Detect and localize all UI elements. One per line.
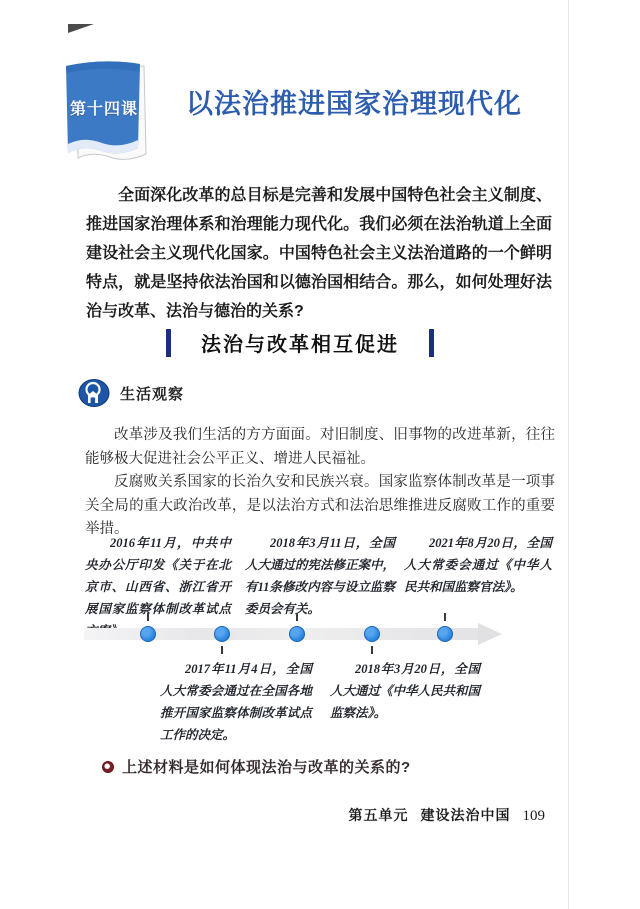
footer-unit-title: 建设法治中国 bbox=[421, 805, 511, 825]
timeline-dot bbox=[437, 626, 453, 642]
timeline-item: 2016年11月，中共中央办公厅印发《关于在北京市、山西省、浙江省开展国家监察体… bbox=[85, 532, 231, 642]
timeline-item: 2018年3月20日，全国人大通过《中华人民共和国监察法》。 bbox=[330, 658, 480, 724]
page-edge-line bbox=[568, 0, 569, 909]
observe-magnifier-icon bbox=[78, 378, 110, 408]
timeline-arrow-head-icon bbox=[478, 623, 502, 645]
page-title: 以法治推进国家治理现代化 bbox=[186, 82, 556, 121]
timeline-item: 2021年8月20日，全国人大常委会通过《中华人民共和国监察官法》。 bbox=[404, 532, 552, 598]
intro-paragraph: 全面深化改革的总目标是完善和发展中国特色社会主义制度、推进国家治理体系和治理能力… bbox=[86, 181, 552, 326]
textbook-page: 第十四课 以法治推进国家治理现代化 全面深化改革的总目标是完善和发展中国特色社会… bbox=[0, 0, 640, 909]
timeline-item: 2018年3月11日，全国人大通过的宪法修正案中，有11条修改内容与设立监察委员… bbox=[245, 532, 395, 620]
activity-paragraphs: 改革涉及我们生活的方方面面。对旧制度、旧事物的改进革新，往往能够极大促进社会公平… bbox=[85, 424, 555, 542]
timeline-dot bbox=[140, 626, 156, 642]
section-header: 法治与改革相互促进 bbox=[0, 328, 600, 357]
timeline-tick bbox=[371, 646, 373, 654]
timeline-item: 2017年11月4日，全国人大常委会通过在全国各地推开国家监察体制改革试点工作的… bbox=[160, 658, 312, 746]
paragraph: 反腐败关系国家的长治久安和民族兴衰。国家监察体制改革是一项事关全局的重大政治改革… bbox=[85, 471, 555, 542]
timeline-tick bbox=[147, 613, 149, 621]
timeline-tick bbox=[296, 613, 298, 621]
scan-corner-artifact bbox=[68, 24, 94, 33]
section-title: 法治与改革相互促进 bbox=[201, 328, 399, 357]
lesson-banner: 第十四课 bbox=[64, 56, 148, 168]
discussion-question: 上述材料是如何体现法治与改革的关系的? bbox=[102, 756, 411, 777]
footer-page-number: 109 bbox=[523, 808, 546, 825]
footer-unit: 第五单元 bbox=[349, 805, 409, 825]
timeline-dot bbox=[214, 626, 230, 642]
lesson-badge: 第十四课 bbox=[68, 96, 140, 119]
question-bullet-icon bbox=[102, 761, 114, 773]
activity-header: 生活观察 bbox=[78, 378, 184, 408]
page-footer: 第五单元 建设法治中国 109 bbox=[0, 805, 545, 825]
timeline-arrow-shaft bbox=[84, 628, 482, 640]
paragraph: 改革涉及我们生活的方方面面。对旧制度、旧事物的改进革新，往往能够极大促进社会公平… bbox=[85, 424, 555, 471]
section-bar-left bbox=[166, 329, 171, 357]
timeline-dot bbox=[364, 626, 380, 642]
section-bar-right bbox=[429, 329, 434, 357]
timeline-axis bbox=[84, 624, 504, 644]
timeline-tick bbox=[444, 613, 446, 621]
timeline-tick bbox=[221, 646, 223, 654]
timeline-dot bbox=[289, 626, 305, 642]
question-text: 上述材料是如何体现法治与改革的关系的? bbox=[122, 756, 411, 777]
activity-label: 生活观察 bbox=[120, 383, 184, 404]
